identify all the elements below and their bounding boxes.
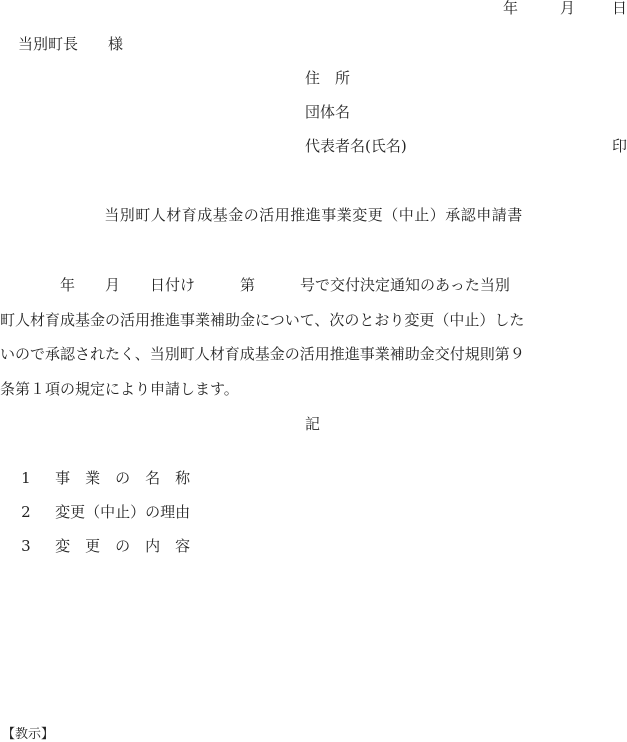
item-label: 変 更 の 内 容 (55, 537, 190, 555)
representative-name-field-label: 代表者名(氏名) (305, 137, 407, 155)
date-year-label: 年 (503, 0, 518, 17)
footer-note: 【教示】 (2, 726, 54, 742)
body-line: 町人材育成基金の活用推進事業補助金について、次のとおり変更（中止）した (0, 311, 627, 329)
seal-mark: 印 (612, 137, 627, 155)
body-line: 条第１項の規定により申請します。 (0, 380, 627, 398)
address-field-label: 住 所 (305, 69, 350, 87)
organization-name-field-label: 団体名 (305, 103, 350, 121)
addressee: 当別町長 様 (18, 35, 123, 53)
body-line: いので承認されたく、当別町人材育成基金の活用推進事業補助金交付規則第９ (0, 345, 627, 363)
list-item: 3変 更 の 内 容 (2, 519, 190, 573)
ki-heading: 記 (305, 415, 320, 433)
date-day-label: 日 (612, 0, 627, 17)
document-title: 当別町人材育成基金の活用推進事業変更（中止）承認申請書 (0, 206, 627, 224)
item-number: 3 (21, 537, 55, 555)
date-month-label: 月 (560, 0, 575, 17)
body-line: 年 月 日付け 第 号で交付決定通知のあった当別 (0, 276, 627, 294)
